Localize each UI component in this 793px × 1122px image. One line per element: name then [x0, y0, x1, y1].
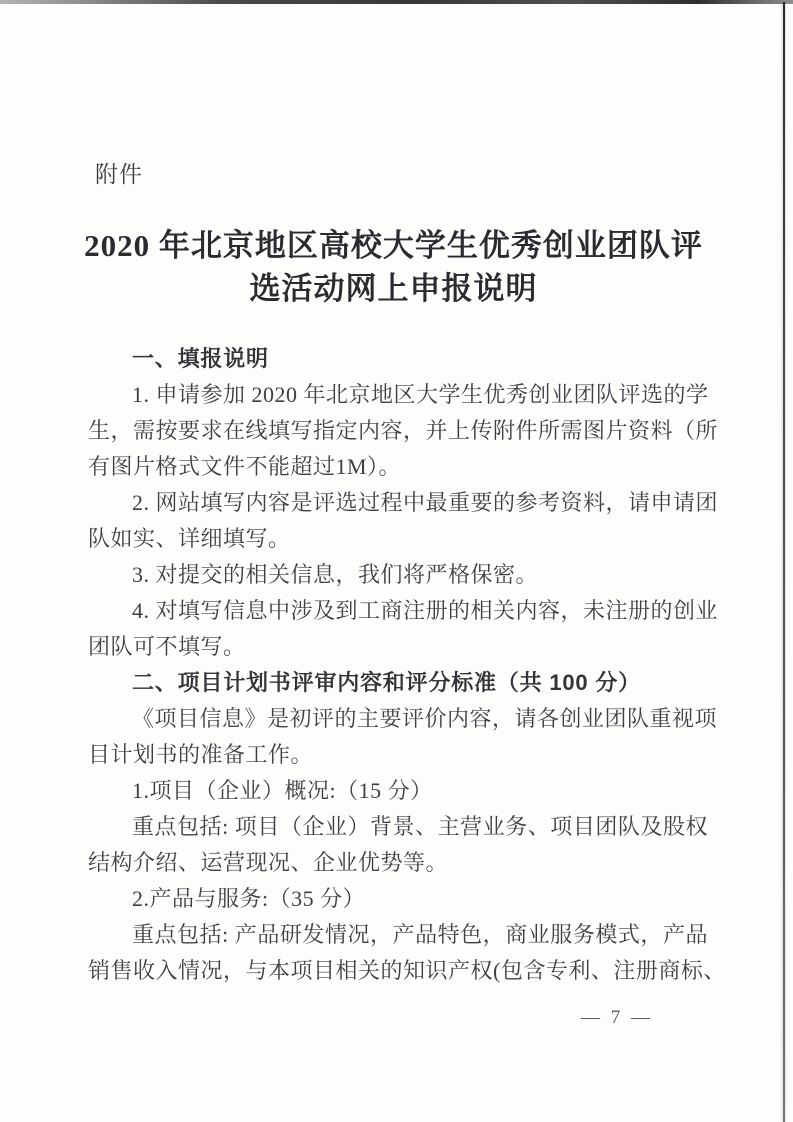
page-number: — 7 —: [581, 1006, 653, 1030]
section-heading-line: 二、项目计划书评审内容和评分标准（共 100 分）: [88, 665, 708, 701]
paragraph-line: 3. 对提交的相关信息，我们将严格保密。: [88, 557, 708, 593]
attachment-label: 附件: [95, 161, 143, 189]
document-body: 一、填报说明1. 申请参加 2020 年北京地区大学生优秀创业团队评选的学生，需…: [88, 341, 708, 989]
scan-edge-top: [0, 0, 793, 4]
paragraph-line: 1. 申请参加 2020 年北京地区大学生优秀创业团队评选的学: [88, 377, 708, 413]
section-heading-line: 一、填报说明: [88, 341, 708, 377]
paragraph-line: 《项目信息》是初评的主要评价内容，请各创业团队重视项: [88, 701, 708, 737]
paragraph-line: 队如实、详细填写。: [88, 521, 708, 557]
paragraph-line: 1.项目（企业）概况:（15 分）: [88, 773, 708, 809]
paragraph-line: 2.产品与服务:（35 分）: [88, 881, 708, 917]
document-page: 附件 2020 年北京地区高校大学生优秀创业团队评 选活动网上申报说明 一、填报…: [0, 0, 793, 1122]
paragraph-line: 2. 网站填写内容是评选过程中最重要的参考资料，请申请团: [88, 485, 708, 521]
paragraph-line: 重点包括: 项目（企业）背景、主营业务、项目团队及股权: [88, 809, 708, 845]
paragraph-line: 4. 对填写信息中涉及到工商注册的相关内容，未注册的创业: [88, 593, 708, 629]
scan-edge-right: [783, 2, 785, 1122]
paragraph-line: 结构介绍、运营现况、企业优势等。: [88, 845, 708, 881]
paragraph-line: 重点包括: 产品研发情况，产品特色，商业服务模式，产品: [88, 917, 708, 953]
document-title-line-1: 2020 年北京地区高校大学生优秀创业团队评: [60, 224, 727, 267]
document-title-line-2: 选活动网上申报说明: [60, 267, 727, 310]
document-title: 2020 年北京地区高校大学生优秀创业团队评 选活动网上申报说明: [60, 224, 727, 310]
paragraph-line: 团队可不填写。: [88, 629, 708, 665]
paragraph-line: 有图片格式文件不能超过1M）。: [88, 449, 708, 485]
paragraph-line: 销售收入情况，与本项目相关的知识产权(包含专利、注册商标、: [88, 953, 708, 989]
paragraph-line: 生，需按要求在线填写指定内容，并上传附件所需图片资料（所: [88, 413, 708, 449]
paragraph-line: 目计划书的准备工作。: [88, 737, 708, 773]
